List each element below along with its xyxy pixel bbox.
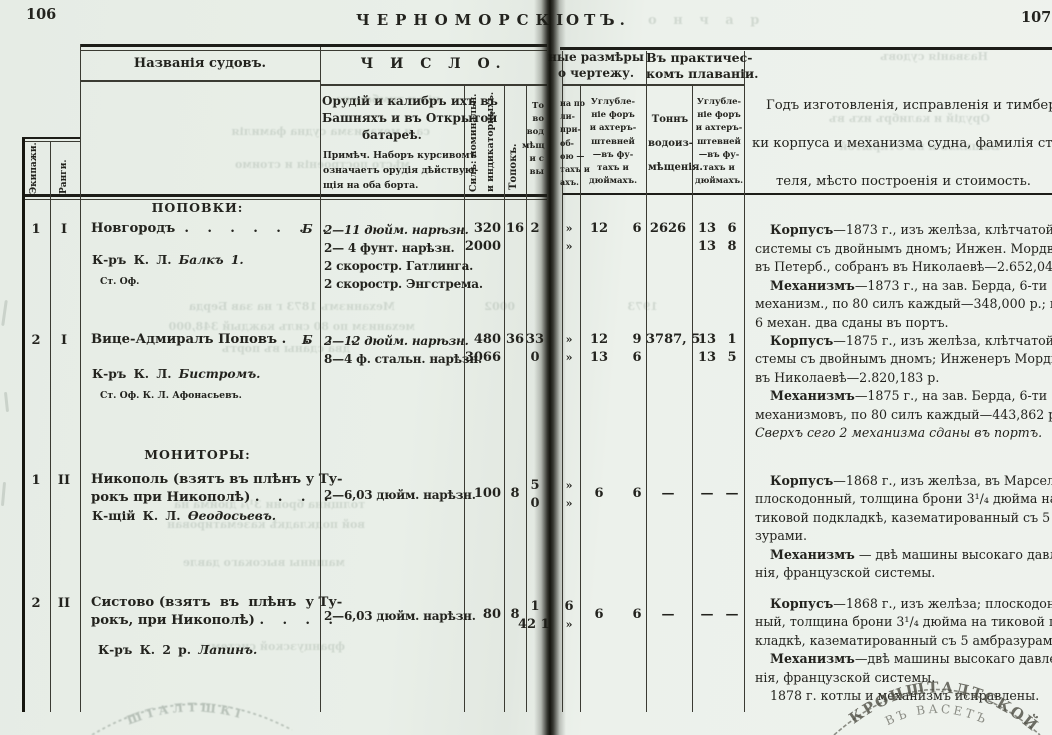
draft-practical-feet: — — [694, 486, 720, 501]
gun-line: 2 скоростр. Энгстрема. — [324, 275, 483, 293]
horsepower-indicated: 2000 — [453, 239, 501, 254]
note-line: Корпусъ—1868 г., изъ желѣза; плоскодон- — [755, 595, 1052, 614]
draft-drawing-inches: 6 — [624, 350, 650, 365]
col-header-year-builder: Годъ изготовленія, исправленія и тимберо… — [766, 98, 1052, 113]
ship-name: Вице-Адмиралъ Поповъ . . . . — [91, 332, 355, 347]
table-rule — [80, 50, 547, 51]
col-header-names: Названія судовъ. — [80, 56, 320, 71]
note-line: Корпусъ—1873 г., изъ желѣза, клѣтчатой — [755, 221, 1052, 240]
table-rule — [692, 85, 693, 712]
draft-drawing-feet: 6 — [584, 607, 614, 622]
guns-note: щія на оба борта. — [323, 178, 463, 193]
commander: К-ръ К. Л. Балкъ 1. — [92, 252, 244, 267]
bleed-through-text: Орудій и калибръ ихъ въ — [790, 112, 990, 125]
turret-marker: Б — [302, 332, 313, 347]
gun-line: 2— 4 фунт. нарѣзн. — [324, 239, 455, 257]
stamp-oval-faint: ШТАЛТШКІ — [88, 678, 298, 735]
crew-number: 2 — [24, 596, 48, 611]
bleed-through-text: о н ч а р — [648, 13, 888, 28]
note-line: механизмовъ, по 80 силъ каждый—443,862 р… — [755, 406, 1052, 425]
tons-displacement: 3787, 5 — [646, 332, 690, 347]
horsepower-nominal: 80 — [453, 607, 501, 622]
margin-mark — [1, 300, 8, 326]
margin-mark — [1, 482, 6, 506]
senior-officer: Ст. Оф. К. Л. Афонасьевъ. — [100, 390, 242, 401]
draft-drawing-feet: 12 — [584, 221, 614, 236]
note-line: кладкѣ, казематированный съ 5 амбразурам… — [755, 632, 1052, 651]
col-header-guns: Орудій и калибръ ихъ въ — [322, 94, 462, 108]
svg-text:ШТАЛТШКІ: ШТАЛТШКІ — [125, 700, 246, 727]
note-line: зурами. — [755, 527, 807, 546]
margin-mark — [4, 392, 9, 412]
note-line: системы съ двойнымъ дномъ; Инжен. Мордви… — [755, 240, 1052, 259]
note-line: механизм., по 80 силъ каждый—348,000 р.;… — [755, 295, 1052, 314]
note-line: Механизмъ—1875 г., на зав. Берда, 6-ти — [755, 387, 1047, 406]
note-line: ный, толщина брони 3¹/₄ дюйма на тиковой… — [755, 613, 1052, 632]
tons-displacement: — — [646, 607, 690, 622]
guns-note: Примѣч. Наборъ курсивомъ — [323, 148, 463, 163]
draft-practical-inches: 5 — [722, 350, 742, 365]
draft-practical-inches: — — [722, 486, 742, 501]
draft-practical-inches: 6 — [722, 221, 742, 236]
page-number-left: 106 — [26, 6, 56, 23]
library-stamp-kronstadt: КРОНШТАДТСКОЙ ВЪ ВАСЕТЪ — [828, 652, 1046, 735]
draft-drawing-feet: 12 — [584, 332, 614, 347]
ship-name: Новгородъ . . . . . . . — [91, 221, 327, 236]
commander: К-ръ К. 2 р. Лапинъ. — [98, 642, 257, 657]
section-title-monitors: МОНИТОРЫ: — [90, 447, 305, 462]
ship-name: Никополь (взятъ въ плѣнъ у Ту- — [91, 472, 343, 487]
table-rule — [22, 194, 547, 197]
bleed-through-text: Названія судовъ — [818, 50, 988, 63]
draft-practical-feet: 13 — [694, 332, 720, 347]
rank-number: I — [52, 333, 76, 348]
table-rule — [320, 84, 547, 86]
col-header-guns: Башняхъ и въ Открытой — [322, 111, 462, 125]
ship-name: рокъ при Никополѣ) . . . . — [91, 490, 328, 505]
col-header-draft-practical: Углубле-ніе форъи ахтеръ-штевней—въ фу-т… — [694, 96, 744, 188]
fireboxes-count: 36 — [504, 332, 526, 347]
commander: К-щій К. Л. Ѳеодосьевъ. — [92, 508, 276, 523]
running-title-right: ОТЪ. — [566, 11, 630, 29]
note-line: въ Петерб., собранъ въ Николаевѣ—2.652,0… — [755, 258, 1052, 277]
fireboxes-count: 16 — [504, 221, 526, 236]
gun-line: 2—11 дюйм. нарѣзн. — [324, 221, 469, 239]
bleed-through-text: 1973 — [598, 300, 658, 313]
table-rule — [80, 44, 81, 712]
note-line: нія, французской системы. — [755, 564, 935, 583]
ship-name: Систово (взятъ въ плѣнъ у Ту- — [91, 595, 342, 610]
rank-number: I — [52, 222, 76, 237]
senior-officer: Ст. Оф. — [100, 276, 139, 287]
draft-drawing-feet: 13 — [584, 350, 614, 365]
col-header-fireboxes: Топокъ. — [508, 112, 519, 190]
note-line: Механизмъ — двѣ машины высокаго давле- — [755, 546, 1052, 565]
note-line: Механизмъ—1873 г., на зав. Берда, 6-ти — [755, 277, 1047, 296]
col-header-year-builder: теля, мѣсто построенія и стоимость. — [776, 174, 1031, 189]
table-rule — [562, 193, 1052, 195]
crew-number: 1 — [24, 222, 48, 237]
draft-practical-feet: 13 — [694, 221, 720, 236]
horsepower-nominal: 480 — [453, 332, 501, 347]
scanned-book-spread: нія и тимберова са и механизма судна фам… — [0, 0, 1052, 735]
rank-number: II — [52, 473, 76, 488]
draft-practical-inches: 8 — [722, 239, 742, 254]
draft-drawing-feet: 6 — [584, 486, 614, 501]
book-fold — [534, 0, 566, 735]
gun-line: 2 скоростр. Гатлинга. — [324, 257, 473, 275]
fireboxes-count: 8 — [504, 486, 526, 501]
col-header-tons-practical: Тоннъводоиз-мѣщенія. — [648, 108, 692, 180]
note-line: Корпусъ—1875 г., изъ желѣза, клѣтчатой с… — [755, 332, 1052, 351]
table-rule — [562, 84, 744, 86]
col-header-crew: Экипажи. — [29, 142, 39, 194]
note-line: въ Николаевѣ—2.820,183 р. — [755, 369, 939, 388]
bleed-through-text: Механизмъ 1873 г на зав Берда — [115, 300, 395, 313]
draft-practical-feet: — — [694, 607, 720, 622]
section-title-popovki: ПОПОВКИ: — [90, 200, 305, 215]
table-rule — [22, 137, 80, 139]
tons-displacement: — — [646, 486, 690, 501]
col-header-practical-group: комъ плаваніи. — [646, 66, 744, 81]
commander: К-ръ К. Л. Бистромъ. — [92, 366, 260, 381]
note-line: 6 механ. два сданы въ портъ. — [755, 314, 949, 333]
tons-displacement: 2626 — [646, 221, 690, 236]
col-header-draft-drawing: Углубле-ніе форъи ахтеръ-штевней—въ фу-т… — [582, 96, 644, 188]
turret-marker: Б — [302, 221, 313, 236]
table-rule — [50, 141, 51, 712]
note-line: тиковой подкладкѣ, казематированный съ 5… — [755, 509, 1052, 528]
col-header-number-group: Ч И С Л О. — [320, 56, 547, 72]
horsepower-nominal: 320 — [453, 221, 501, 236]
table-rule — [80, 44, 547, 47]
ship-name: рокъ, при Никополѣ) . . . . — [91, 613, 333, 628]
horsepower-indicated: 3066 — [453, 350, 501, 365]
svg-text:ВЪ ВАСЕТЪ: ВЪ ВАСЕТЪ — [883, 702, 991, 728]
horsepower-nominal: 100 — [453, 486, 501, 501]
crew-number: 1 — [24, 473, 48, 488]
note-line: Корпусъ—1868 г., изъ желѣза, въ Марсели; — [755, 472, 1052, 491]
note-line: Сверхъ сего 2 механизма сданы въ портъ. — [755, 424, 1042, 443]
table-rule — [744, 51, 745, 712]
note-line: плоскодонный, толщина брони 3¹/₄ дюйма н… — [755, 490, 1052, 509]
guns-note: означаетъ орудія дѣйствую- — [323, 163, 463, 178]
crew-number: 2 — [24, 333, 48, 348]
draft-practical-feet: 13 — [694, 239, 720, 254]
col-header-guns: батареѣ. — [322, 128, 462, 142]
note-line: стемы съ двойнымъ дномъ; Инженеръ Мордви… — [755, 350, 1052, 369]
page-number-right: 107 — [1021, 9, 1051, 26]
rank-number: II — [52, 596, 76, 611]
col-header-horsepower: Силъ: номинальн. — [468, 88, 479, 192]
col-header-horsepower: и индикаторныхъ. — [485, 88, 496, 192]
gun-line: 2—12 дюйм. нарѣзн. — [324, 332, 469, 350]
col-header-year-builder: ки корпуса и механизма судна, фамилія ст… — [752, 136, 1052, 151]
draft-practical-inches: 1 — [722, 332, 742, 347]
table-rule — [80, 80, 320, 82]
draft-practical-feet: 13 — [694, 350, 720, 365]
col-header-rank: Ранги. — [59, 150, 69, 194]
col-header-practical-group: Въ практичес- — [646, 50, 744, 65]
draft-practical-inches: — — [722, 607, 742, 622]
bleed-through-text: машины высокаго давле — [105, 556, 345, 569]
